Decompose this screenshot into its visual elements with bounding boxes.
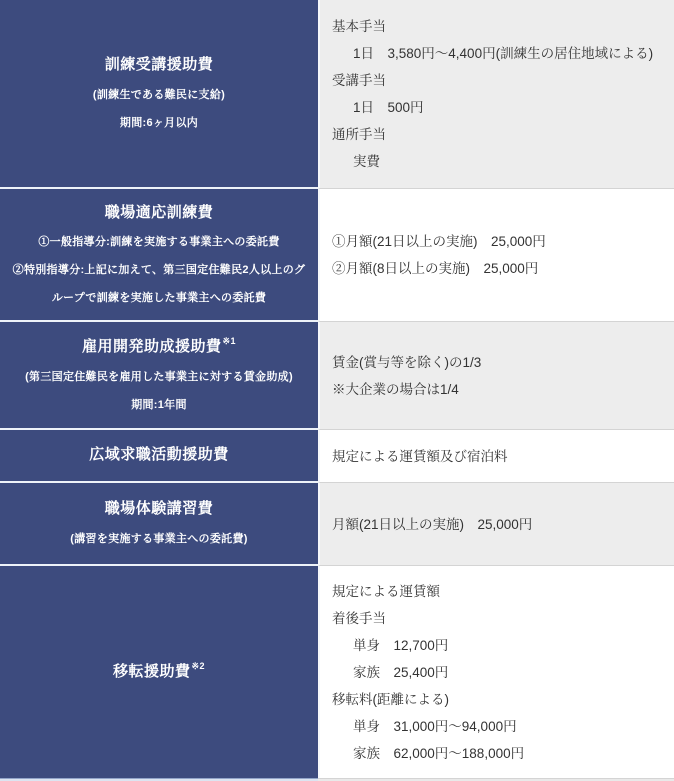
detail-line: 1日 500円: [332, 94, 668, 121]
fee-note: (講習を実施する事業主への委託費): [70, 533, 247, 547]
fee-note: ループで訓練を実施した事業主への委託費: [52, 292, 266, 306]
fee-name-cell: 雇用開発助成援助費※1 (第三国定住難民を雇用した事業主に対する賃金助成) 期間…: [0, 322, 318, 430]
detail-line: 実費: [332, 148, 668, 175]
footnote-marker: ※2: [191, 661, 205, 671]
table-row: 雇用開発助成援助費※1 (第三国定住難民を雇用した事業主に対する賃金助成) 期間…: [0, 322, 674, 430]
detail-line: 単身 31,000円〜94,000円: [332, 713, 668, 740]
detail-line: 1日 3,580円〜4,400円(訓練生の居住地域による): [332, 40, 668, 67]
fee-note: ②特別指導分:上記に加えて、第三国定住難民2人以上のグ: [13, 264, 306, 278]
detail-line: 規定による運賃額: [332, 578, 668, 605]
fee-detail-cell: 規定による運賃額 着後手当 単身 12,700円 家族 25,400円 移転料(…: [318, 566, 674, 778]
fee-note: ①一般指導分:訓練を実施する事業主への委託費: [38, 236, 279, 250]
detail-line: 単身 12,700円: [332, 632, 668, 659]
fee-name-cell: 職場適応訓練費 ①一般指導分:訓練を実施する事業主への委託費 ②特別指導分:上記…: [0, 189, 318, 322]
fee-title-text: 職場適応訓練費: [105, 204, 214, 221]
detail-line: ①月額(21日以上の実施) 25,000円: [332, 228, 668, 255]
detail-line: 規定による運賃額及び宿泊料: [332, 443, 668, 470]
detail-line: 基本手当: [332, 13, 668, 40]
fee-title-text: 雇用開発助成援助費: [82, 338, 222, 355]
detail-line: 通所手当: [332, 121, 668, 148]
fee-title: 雇用開発助成援助費※1: [82, 337, 236, 357]
fee-name-cell: 移転援助費※2: [0, 566, 318, 778]
subsidy-table: 訓練受講援助費 (訓練生である難民に支給) 期間:6ヶ月以内 基本手当 1日 3…: [0, 0, 674, 781]
fee-detail-cell: ①月額(21日以上の実施) 25,000円 ②月額(8日以上の実施) 25,00…: [318, 189, 674, 322]
table-row: 訓練受講援助費 (訓練生である難民に支給) 期間:6ヶ月以内 基本手当 1日 3…: [0, 0, 674, 189]
fee-detail-cell: 規定による運賃額及び宿泊料: [318, 430, 674, 483]
fee-title: 職場体験講習費: [105, 500, 214, 519]
fee-note: (第三国定住難民を雇用した事業主に対する賃金助成): [25, 371, 293, 385]
fee-title: 職場適応訓練費: [105, 204, 214, 223]
fee-title: 訓練受講援助費: [105, 56, 214, 75]
fee-title-text: 移転援助費: [113, 663, 191, 680]
detail-line: 家族 62,000円〜188,000円: [332, 740, 668, 767]
fee-title-text: 訓練受講援助費: [105, 56, 214, 73]
fee-note: 期間:6ヶ月以内: [120, 117, 198, 131]
detail-line: ※大企業の場合は1/4: [332, 376, 668, 403]
detail-line: ②月額(8日以上の実施) 25,000円: [332, 255, 668, 282]
footnote-marker: ※1: [222, 336, 236, 346]
detail-line: 受講手当: [332, 67, 668, 94]
fee-detail-cell: 月額(21日以上の実施) 25,000円: [318, 483, 674, 566]
fee-name-cell: 広域求職活動援助費: [0, 430, 318, 483]
detail-line: 家族 25,400円: [332, 659, 668, 686]
detail-line: 月額(21日以上の実施) 25,000円: [332, 511, 668, 538]
fee-title: 移転援助費※2: [113, 662, 205, 682]
detail-line: 着後手当: [332, 605, 668, 632]
fee-title: 広域求職活動援助費: [89, 446, 229, 465]
table-row: 職場体験講習費 (講習を実施する事業主への委託費) 月額(21日以上の実施) 2…: [0, 483, 674, 566]
fee-detail-cell: 賃金(賞与等を除く)の1/3 ※大企業の場合は1/4: [318, 322, 674, 430]
table-row: 職場適応訓練費 ①一般指導分:訓練を実施する事業主への委託費 ②特別指導分:上記…: [0, 189, 674, 322]
fee-note: 期間:1年間: [131, 399, 187, 413]
table-row: 移転援助費※2 規定による運賃額 着後手当 単身 12,700円 家族 25,4…: [0, 566, 674, 778]
fee-title-text: 職場体験講習費: [105, 500, 214, 517]
fee-note: (訓練生である難民に支給): [93, 89, 225, 103]
fee-name-cell: 訓練受講援助費 (訓練生である難民に支給) 期間:6ヶ月以内: [0, 0, 318, 189]
table-row: 広域求職活動援助費 規定による運賃額及び宿泊料: [0, 430, 674, 483]
fee-name-cell: 職場体験講習費 (講習を実施する事業主への委託費): [0, 483, 318, 566]
fee-detail-cell: 基本手当 1日 3,580円〜4,400円(訓練生の居住地域による) 受講手当 …: [318, 0, 674, 189]
fee-title-text: 広域求職活動援助費: [89, 446, 229, 463]
detail-line: 移転料(距離による): [332, 686, 668, 713]
detail-line: 賃金(賞与等を除く)の1/3: [332, 349, 668, 376]
